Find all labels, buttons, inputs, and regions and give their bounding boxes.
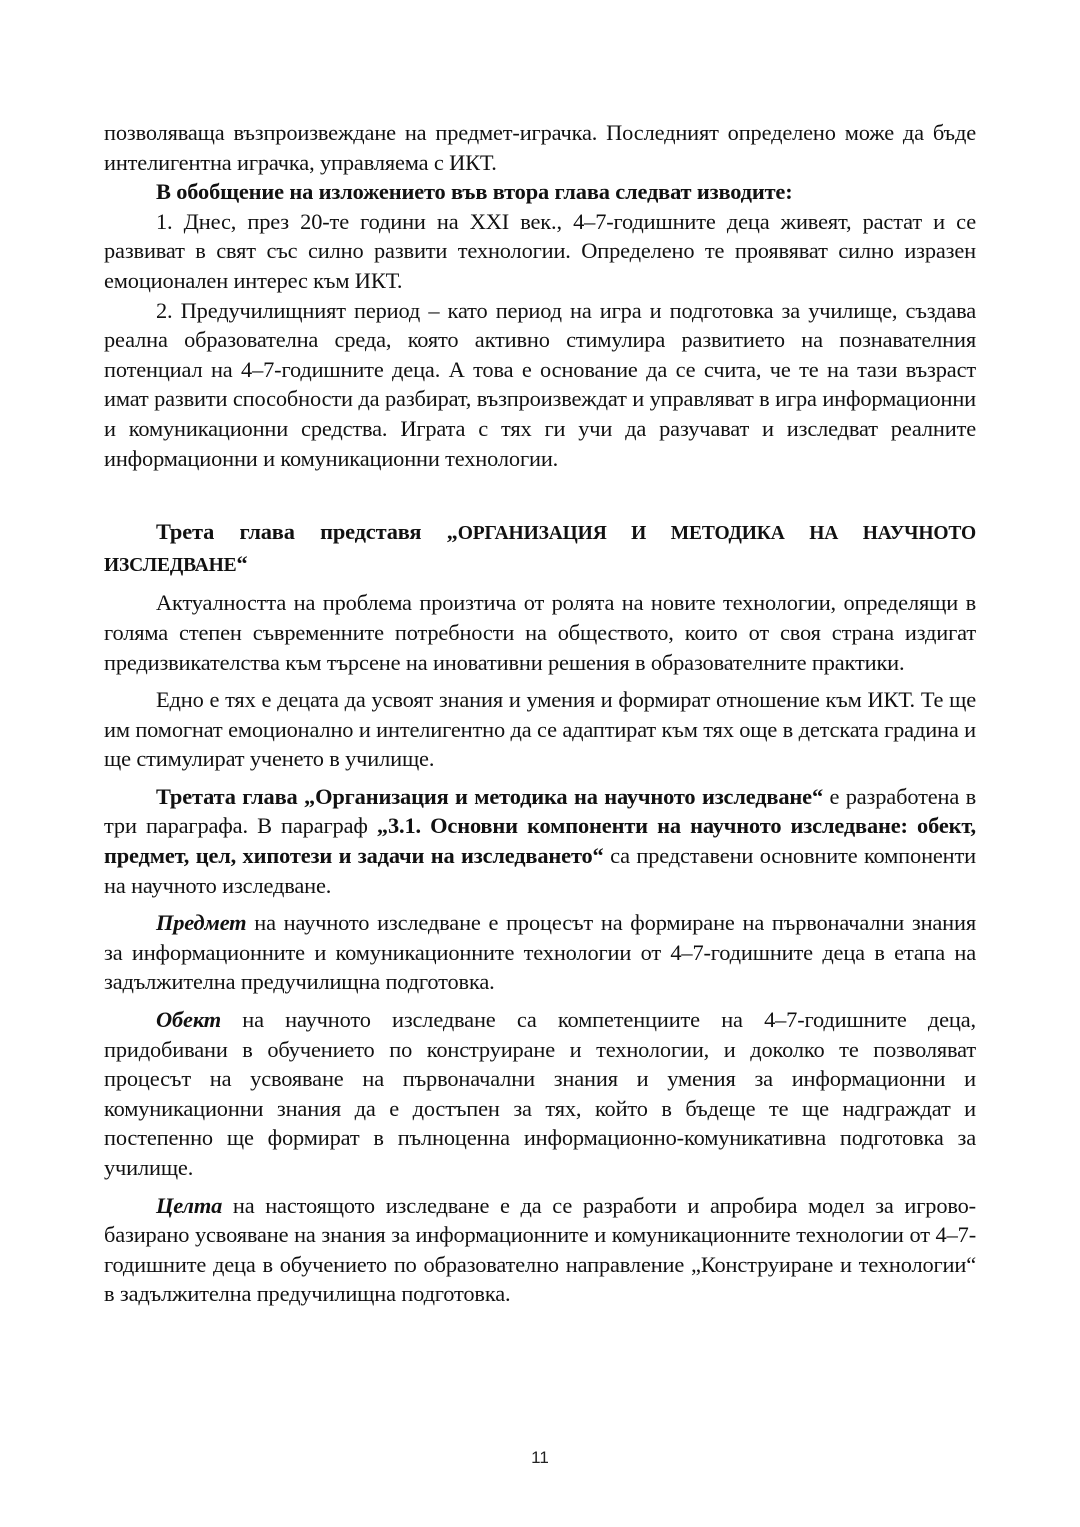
- heading-suffix: “: [237, 551, 248, 576]
- paragraph-continuation: позволяваща възпроизвеждане на предмет-и…: [104, 118, 976, 177]
- goal-paragraph: Целта на настоящото изследване е да се р…: [104, 1191, 976, 1309]
- chapter-structure-paragraph: Третата глава „Организация и методика на…: [104, 782, 976, 900]
- chapter-title-bold: Третата глава „Организация и методика на…: [156, 784, 823, 809]
- object-paragraph: Обект на научното изследване са компетен…: [104, 1005, 976, 1183]
- summary-heading: В обобщение на изложението във втора гла…: [104, 177, 976, 207]
- goal-text: на настоящото изследване е да се разрабо…: [104, 1193, 976, 1307]
- object-term: Обект: [156, 1007, 221, 1032]
- conclusion-2: 2. Предучилищният период – като период н…: [104, 296, 976, 474]
- heading-prefix: Трета глава представя „: [156, 519, 458, 544]
- object-text: на научното изследване са компетенциите …: [104, 1007, 976, 1180]
- chapter-three-heading: Трета глава представя „ОРГАНИЗАЦИЯ И МЕТ…: [104, 517, 976, 580]
- subject-term: Предмет: [156, 910, 246, 935]
- page-number: 11: [0, 1448, 1080, 1468]
- goal-term: Целта: [156, 1193, 222, 1218]
- document-page: позволяваща възпроизвеждане на предмет-и…: [104, 118, 976, 1309]
- relevance-paragraph: Актуалността на проблема произтича от ро…: [104, 588, 976, 677]
- conclusion-1: 1. Днес, през 20-те години на XXI век., …: [104, 207, 976, 296]
- ict-paragraph: Едно е тях е децата да усвоят знания и у…: [104, 685, 976, 774]
- subject-paragraph: Предмет на научното изследване е процесъ…: [104, 908, 976, 997]
